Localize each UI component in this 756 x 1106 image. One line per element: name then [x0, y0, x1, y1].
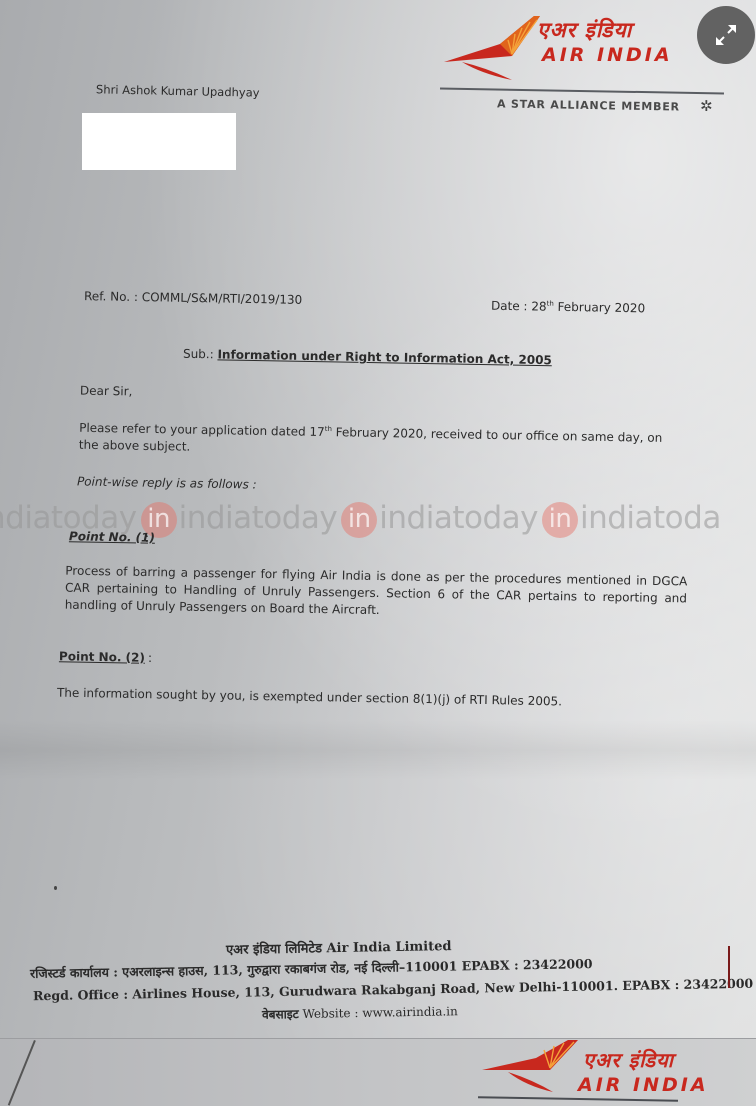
logo-english-text: AIR INDIA — [542, 44, 673, 66]
air-india-tail-icon — [442, 14, 542, 84]
margin-mark — [728, 946, 730, 988]
logo-hindi-text: एअर इंडिया — [537, 16, 632, 44]
watermark-in-badge: in — [341, 502, 377, 538]
point-2-heading: Point No. (2) — [59, 649, 145, 664]
letter-date: Date : 28th February 2020 — [491, 299, 645, 316]
expand-arrows-icon — [714, 23, 738, 47]
air-india-tail-icon — [478, 1040, 578, 1100]
star-alliance-icon: ✲ — [700, 97, 713, 115]
redacted-address-block — [82, 113, 236, 170]
salutation: Dear Sir, — [80, 384, 133, 399]
logo-english-text: AIR INDIA — [578, 1074, 709, 1096]
point-1-colon: : — [145, 531, 149, 545]
footer-website: वेबसाइट Website : www.airindia.in — [262, 1002, 458, 1022]
paper-speck — [54, 886, 57, 890]
point-1-heading: Point No. (1) — [69, 529, 155, 544]
point-2-colon: : — [148, 651, 152, 665]
logo-hindi-text: एअर इंडिया — [583, 1046, 674, 1073]
paper-shadow — [0, 720, 756, 780]
air-india-logo: एअर इंडिया AIR INDIA — [442, 14, 712, 94]
watermark-in-badge: in — [542, 502, 578, 538]
point-1-body: Process of barring a passenger for flyin… — [65, 563, 688, 625]
expand-image-button[interactable] — [697, 6, 755, 64]
